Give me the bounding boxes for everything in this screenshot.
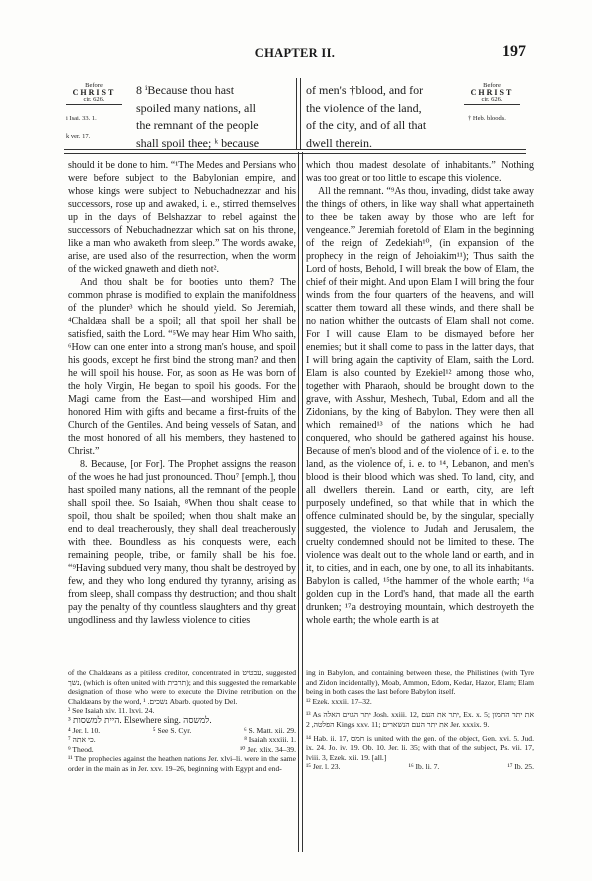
footnote: ¹¹ The prophecies against the heathen na… — [68, 754, 296, 773]
christ-label: CHRIST — [464, 89, 520, 96]
footnote: ¹⁴ Hab. ii. 17, חמס is united with the g… — [306, 734, 534, 763]
section-double-rule — [64, 149, 526, 154]
verse-left-column: 8 ⁱBecause thou hast spoiled many nation… — [136, 82, 294, 152]
commentary-paragraph: which thou madest desolate of inhabitant… — [306, 159, 534, 185]
footnote: ing in Babylon, and containing between t… — [306, 668, 534, 697]
commentary-paragraph: 8. Because, [or For]. The Prophet assign… — [68, 458, 296, 627]
verse-line: spoiled many nations, all — [136, 100, 294, 118]
footnote-row: ⁹ Theod.¹⁰ Jer. xlix. 34–39. — [68, 745, 296, 755]
verse-column-divider — [296, 78, 301, 150]
footnote: ¹³ As יתר הגוים האלה Josh. xxiii. 12, ית… — [306, 710, 534, 729]
footnote-ref: ⁴ Jer. l. 10. — [68, 726, 100, 736]
margin-ref-left-1: i Isai. 33. 1. — [66, 115, 97, 122]
verse-line: of the city, and of all that — [306, 117, 468, 135]
verse-right-column: of men's †blood, and for the violence of… — [306, 82, 468, 152]
footnote: ¹² Ezek. xxxii. 17–32. — [306, 697, 534, 707]
margin-ref-left-2: k ver. 17. — [66, 133, 90, 140]
footnote-ref: ¹⁷ Ib. 25. — [508, 762, 534, 772]
commentary-paragraph: should it be done to him. “¹The Medes an… — [68, 159, 296, 276]
verse-line: the violence of the land, — [306, 100, 468, 118]
date-label: cir. 626. — [66, 96, 122, 105]
footnote-ref: ¹⁵ Jer. l. 23. — [306, 762, 340, 772]
footnote-ref: ¹⁶ Ib. li. 7. — [409, 762, 440, 772]
verse-line: 8 ⁱBecause thou hast — [136, 82, 294, 100]
footnote-ref: ⁶ S. Matt. xii. 29. — [244, 726, 296, 736]
verse-line: of men's †blood, and for — [306, 82, 468, 100]
footnote-row: ¹⁵ Jer. l. 23.¹⁶ Ib. li. 7.¹⁷ Ib. 25. — [306, 762, 534, 772]
footnote-ref: ¹⁰ Jer. xlix. 34–39. — [240, 745, 296, 755]
footnote-ref: ⁹ Theod. — [68, 745, 94, 755]
footnotes-right-column: ing in Babylon, and containing between t… — [306, 668, 534, 772]
footnotes-left-column: of the Chaldæans as a pitiless creditor,… — [68, 668, 296, 774]
margin-ref-right-1: † Heb. bloods. — [468, 115, 506, 122]
commentary-left-column: should it be done to him. “¹The Medes an… — [68, 159, 296, 627]
page-number: 197 — [502, 43, 526, 61]
commentary-paragraph: And thou shalt be for booties unto them?… — [68, 276, 296, 458]
chapter-title: CHAPTER II. — [64, 46, 526, 61]
footnote-ref: ⁷ כי אתה. — [68, 735, 96, 745]
footnote-row: ⁷ כי אתה.⁸ Isaiah xxxiii. 1. — [68, 735, 296, 745]
before-christ-date-right: Before CHRIST cir. 626. — [464, 82, 520, 105]
before-christ-date-left: Before CHRIST cir. 626. — [66, 82, 122, 105]
commentary-column-divider — [298, 152, 303, 852]
commentary-paragraph: All the remnant. “⁹As thou, invading, di… — [306, 185, 534, 627]
page-header: CHAPTER II. 197 — [64, 42, 526, 62]
footnote-row: ⁴ Jer. l. 10.⁵ See S. Cyr.⁶ S. Matt. xii… — [68, 726, 296, 736]
footnote: ³ היית למשסות. Elsewhere sing. למשסה. — [68, 716, 296, 726]
christ-label: CHRIST — [66, 89, 122, 96]
date-label: cir. 626. — [464, 96, 520, 105]
footnote-ref: ⁸ Isaiah xxxiii. 1. — [244, 735, 296, 745]
verse-line: the remnant of the people — [136, 117, 294, 135]
footnote: of the Chaldæans as a pitiless creditor,… — [68, 668, 296, 706]
footnote-ref: ⁵ See S. Cyr. — [153, 726, 191, 736]
commentary-right-column: which thou madest desolate of inhabitant… — [306, 159, 534, 627]
